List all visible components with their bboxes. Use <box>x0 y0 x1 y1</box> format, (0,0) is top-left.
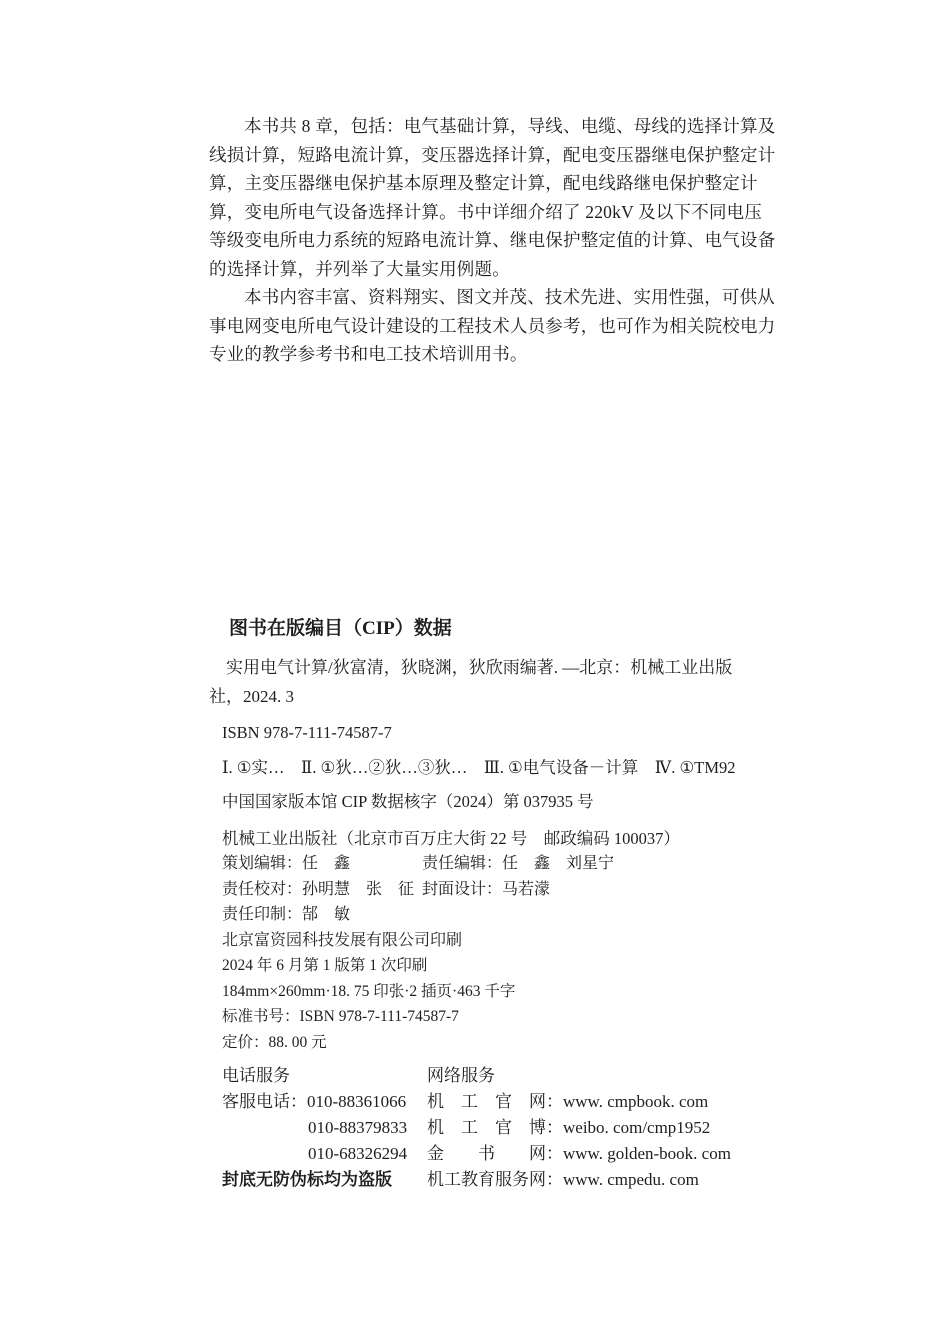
editor-responsible: 责任编辑：任 鑫 刘星宁 <box>422 851 780 877</box>
network-line-3: 金 书 网：www. golden-book. com <box>427 1141 780 1167</box>
phone-service-title: 电话服务 <box>222 1063 427 1089</box>
format-line: 184mm×260mm·18. 75 印张·2 插页·463 千字 <box>222 979 780 1005</box>
cip-heading: 图书在版编目（CIP）数据 <box>229 616 780 641</box>
summary-paragraph-2: 本书内容丰富、资料翔实、图文并茂、技术先进、实用性强，可供从 事电网变电所电气设… <box>209 283 784 369</box>
services-section: 电话服务 网络服务 客服电话：010-88361066 机 工 官 网：www.… <box>222 1063 780 1193</box>
edition-line: 2024 年 6 月第 1 版第 1 次印刷 <box>222 953 780 979</box>
editor-planning: 策划编辑：任 鑫 <box>222 851 422 877</box>
anti-piracy-notice: 封底无防伪标均为盗版 <box>222 1167 427 1193</box>
phone-line-3: 010-68326294 <box>222 1141 427 1167</box>
printer-line: 北京富资园科技发展有限公司印刷 <box>222 928 780 954</box>
editor-printing-supervisor: 责任印制：郜 敏 <box>222 902 422 928</box>
colophon-section: 机械工业出版社（北京市百万庄大街 22 号 邮政编码 100037） 策划编辑：… <box>222 826 780 1056</box>
price-line: 定价：88. 00 元 <box>222 1030 780 1056</box>
network-line-1: 机 工 官 网：www. cmpbook. com <box>427 1089 780 1115</box>
editor-proofreading: 责任校对：孙明慧 张 征 <box>222 877 422 903</box>
standard-book-number-line: 标准书号：ISBN 978-7-111-74587-7 <box>222 1004 780 1030</box>
publisher-address-line: 机械工业出版社（北京市百万庄大街 22 号 邮政编码 100037） <box>222 826 780 852</box>
summary-paragraph-1: 本书共 8 章，包括：电气基础计算，导线、电缆、母线的选择计算及 线损计算，短路… <box>209 112 784 283</box>
phone-line-1: 客服电话：010-88361066 <box>222 1089 427 1115</box>
cip-section: 图书在版编目（CIP）数据 实用电气计算/狄富清，狄晓渊，狄欣雨编著. —北京：… <box>209 616 780 813</box>
book-summary: 本书共 8 章，包括：电气基础计算，导线、电缆、母线的选择计算及 线损计算，短路… <box>209 112 780 369</box>
editor-cover-design: 封面设计：马若濛 <box>422 877 780 903</box>
cip-classification: Ⅰ. ①实… Ⅱ. ①狄…②狄…③狄… Ⅲ. ①电气设备－计算 Ⅳ. ①TM92 <box>222 756 780 779</box>
cip-entry: 实用电气计算/狄富清，狄晓渊，狄欣雨编著. —北京：机械工业出版 社，2024.… <box>209 653 784 711</box>
network-service-title: 网络服务 <box>427 1063 780 1089</box>
phone-line-2: 010-88379833 <box>222 1115 427 1141</box>
network-line-2: 机 工 官 博：weibo. com/cmp1952 <box>427 1115 780 1141</box>
editors-grid: 策划编辑：任 鑫 责任编辑：任 鑫 刘星宁 责任校对：孙明慧 张 征 封面设计：… <box>222 851 780 928</box>
network-line-4: 机工教育服务网：www. cmpedu. com <box>427 1167 780 1193</box>
cip-record-number: 中国国家版本馆 CIP 数据核字（2024）第 037935 号 <box>222 790 780 813</box>
book-copyright-page: 本书共 8 章，包括：电气基础计算，导线、电缆、母线的选择计算及 线损计算，短路… <box>0 0 950 1343</box>
cip-isbn: ISBN 978-7-111-74587-7 <box>222 721 780 744</box>
